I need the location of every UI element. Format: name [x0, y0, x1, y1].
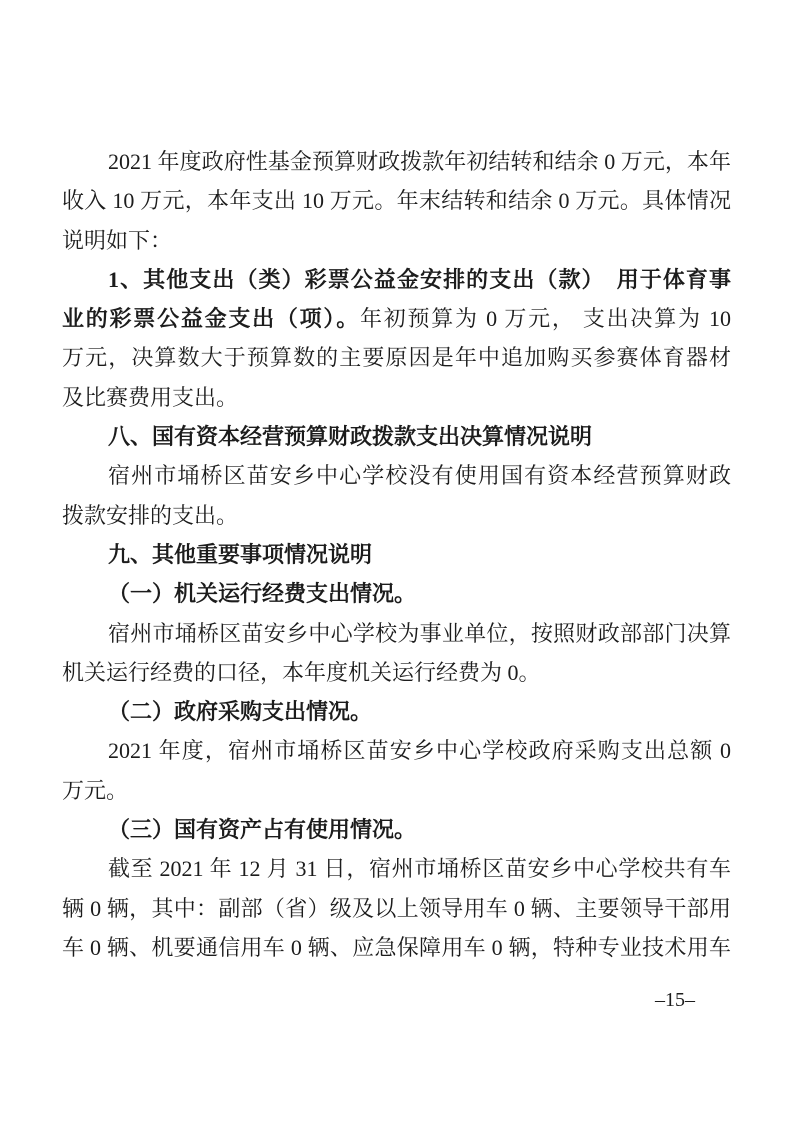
para-item1-line-2: 业的彩票公益金支出（项）。年初预算为 0 万元， 支出决算为 10: [62, 299, 731, 338]
para-agency-operation-line-2: 机关运行经费的口径，本年度机关运行经费为 0。: [62, 653, 731, 692]
para-gov-procurement-line-2: 万元。: [62, 771, 731, 810]
heading-section-eight: 八、国有资本经营预算财政拨款支出决算情况说明: [62, 417, 731, 456]
text-segment: 机关运行经费的口径，本年度机关运行经费为 0。: [62, 660, 541, 685]
text-segment: 1、其他支出（类）彩票公益金安排的支出（款） 用于体育事: [108, 267, 731, 292]
para-item1-line-1: 1、其他支出（类）彩票公益金安排的支出（款） 用于体育事: [62, 260, 731, 299]
para-item1-line-3: 万元，决算数大于预算数的主要原因是年中追加购买参赛体育器材: [62, 338, 731, 377]
text-segment: 宿州市埇桥区苗安乡中心学校为事业单位，按照财政部部门决算: [108, 621, 731, 646]
heading-text: 九、其他重要事项情况说明: [108, 542, 372, 567]
heading-sub-two: （二）政府采购支出情况。: [62, 692, 731, 731]
heading-sub-three: （三）国有资产占有使用情况。: [62, 810, 731, 849]
para-state-assets-line-2: 辆 0 辆，其中：副部（省）级及以上领导用车 0 辆、主要领导干部用: [62, 889, 731, 928]
para-gov-procurement-line-1: 2021 年度，宿州市埇桥区苗安乡中心学校政府采购支出总额 0: [62, 731, 731, 770]
para-state-assets-line-3: 车 0 辆、机要通信用车 0 辆、应急保障用车 0 辆，特种专业技术用车: [62, 928, 731, 967]
para-item1-line-4: 及比赛费用支出。: [62, 378, 731, 417]
para-gov-fund-budget-line-2: 收入 10 万元，本年支出 10 万元。年末结转和结余 0 万元。具体情况: [62, 181, 731, 220]
text-segment: 宿州市埇桥区苗安乡中心学校没有使用国有资本经营预算财政: [108, 463, 731, 488]
text-segment: 万元。: [62, 778, 128, 803]
text-segment: 收入 10 万元，本年支出 10 万元。年末结转和结余 0 万元。具体情况: [62, 188, 731, 213]
text-segment: 车 0 辆、机要通信用车 0 辆、应急保障用车 0 辆，特种专业技术用车: [62, 935, 731, 960]
text-segment: （二）政府采购支出情况。: [108, 699, 372, 724]
page-number: –15–: [655, 988, 695, 1012]
text-segment: 业的彩票公益金支出（项）。: [62, 306, 360, 331]
para-state-capital-line-2: 拨款安排的支出。: [62, 496, 731, 535]
text-segment: 万元，决算数大于预算数的主要原因是年中追加购买参赛体育器材: [62, 345, 731, 370]
text-segment: 2021 年度，宿州市埇桥区苗安乡中心学校政府采购支出总额 0: [108, 738, 731, 763]
text-segment: 年初预算为 0 万元， 支出决算为 10: [360, 306, 731, 331]
para-gov-fund-budget-line-1: 2021 年度政府性基金预算财政拨款年初结转和结余 0 万元，本年: [62, 142, 731, 181]
text-segment: 截至 2021 年 12 月 31 日，宿州市埇桥区苗安乡中心学校共有车: [108, 856, 731, 881]
text-segment: 拨款安排的支出。: [62, 503, 238, 528]
text-segment: （一）机关运行经费支出情况。: [108, 581, 416, 606]
text-segment: 辆 0 辆，其中：副部（省）级及以上领导用车 0 辆、主要领导干部用: [62, 896, 731, 921]
text-segment: （三）国有资产占有使用情况。: [108, 817, 416, 842]
text-segment: 说明如下：: [62, 228, 172, 253]
text-segment: 及比赛费用支出。: [62, 385, 238, 410]
heading-text: 八、国有资本经营预算财政拨款支出决算情况说明: [108, 424, 592, 449]
document-body: 2021 年度政府性基金预算财政拨款年初结转和结余 0 万元，本年收入 10 万…: [62, 142, 731, 967]
heading-sub-one: （一）机关运行经费支出情况。: [62, 574, 731, 613]
document-page: 2021 年度政府性基金预算财政拨款年初结转和结余 0 万元，本年收入 10 万…: [0, 0, 793, 1122]
text-segment: 2021 年度政府性基金预算财政拨款年初结转和结余 0 万元，本年: [108, 149, 731, 174]
para-gov-fund-budget-line-3: 说明如下：: [62, 221, 731, 260]
para-agency-operation-line-1: 宿州市埇桥区苗安乡中心学校为事业单位，按照财政部部门决算: [62, 614, 731, 653]
para-state-assets-line-1: 截至 2021 年 12 月 31 日，宿州市埇桥区苗安乡中心学校共有车: [62, 849, 731, 888]
heading-section-nine: 九、其他重要事项情况说明: [62, 535, 731, 574]
para-state-capital-line-1: 宿州市埇桥区苗安乡中心学校没有使用国有资本经营预算财政: [62, 456, 731, 495]
